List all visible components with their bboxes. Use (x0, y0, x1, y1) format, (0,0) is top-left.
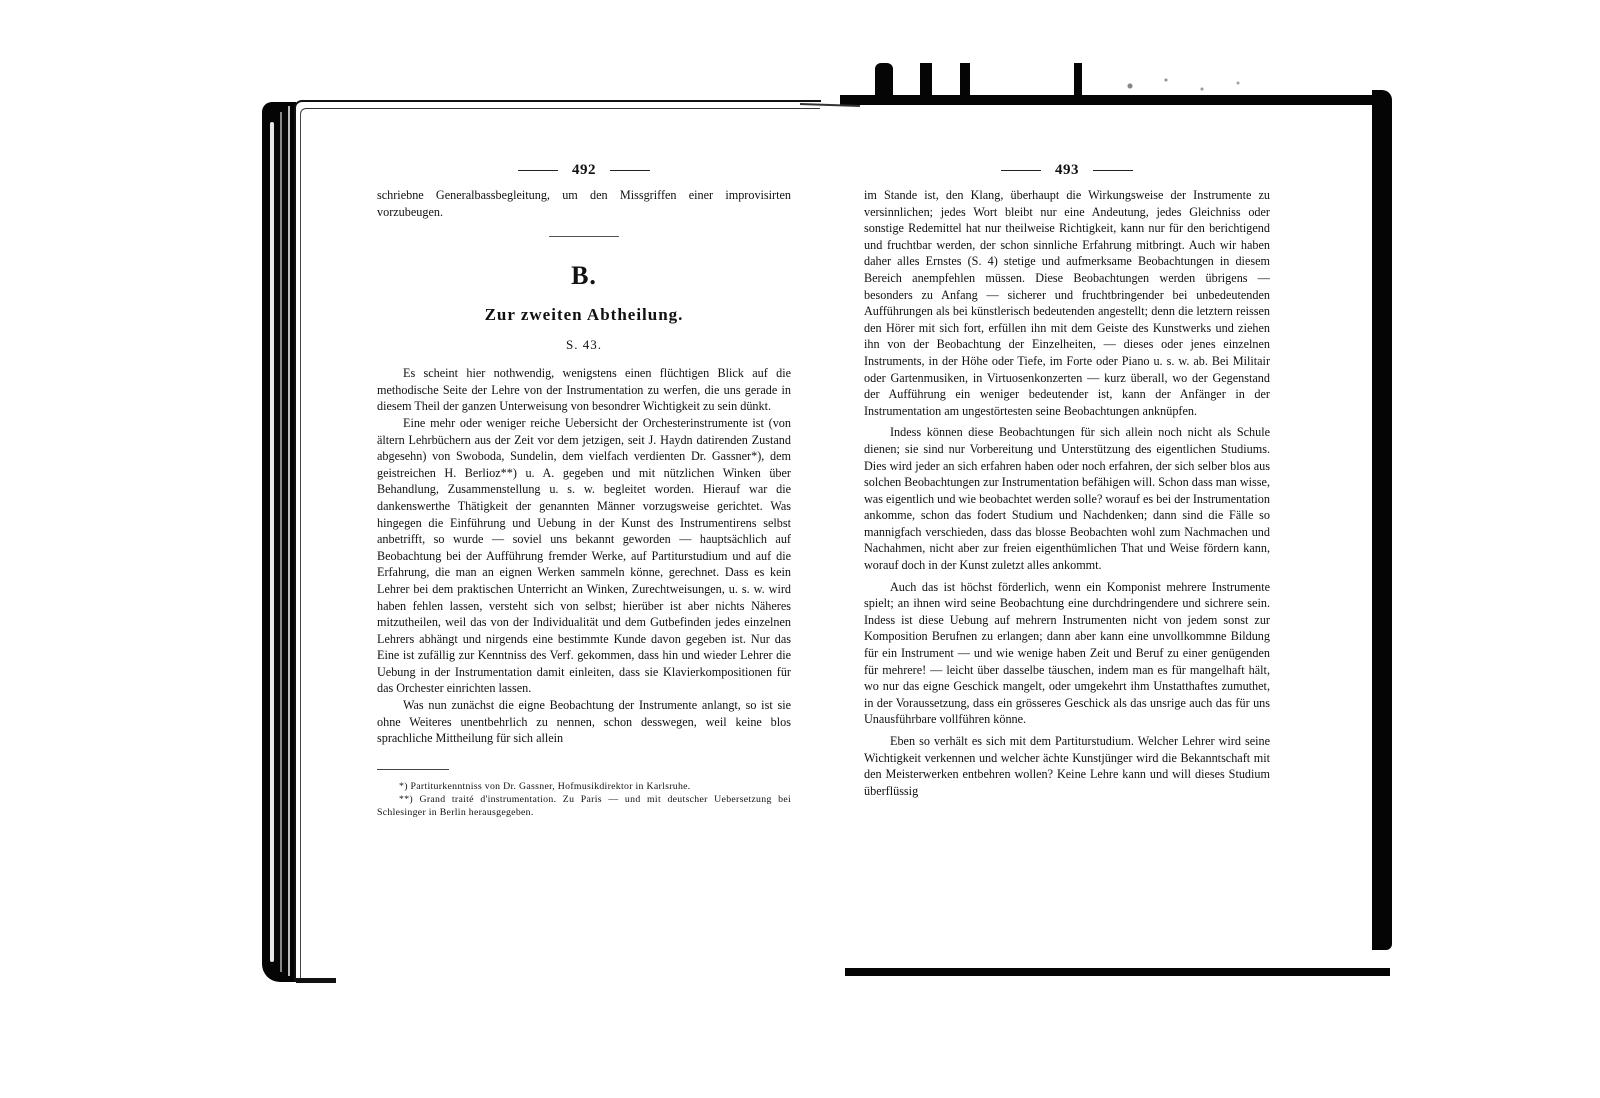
book-spine-left (262, 102, 296, 982)
paragraph: Es scheint hier nothwendig, wenigstens e… (377, 365, 791, 415)
book-tab-marker (875, 63, 893, 99)
dash-rule (610, 170, 650, 171)
section-letter: B. (377, 261, 791, 291)
right-page-top-edge (840, 95, 1390, 105)
left-page: 492 schriebne Generalbassbegleitung, um … (377, 162, 791, 819)
footnotes: *) Partiturkenntniss von Dr. Gassner, Ho… (377, 780, 791, 819)
paragraph: Indess können diese Beobachtungen für si… (864, 424, 1270, 573)
paragraph: Auch das ist höchst förderlich, wenn ein… (864, 579, 1270, 728)
paragraph: Eine mehr oder weniger reiche Uebersicht… (377, 415, 791, 697)
scan-noise (1082, 68, 1322, 98)
paragraph: im Stande ist, den Klang, überhaupt die … (864, 187, 1270, 419)
footnote: **) Grand traité d'instrumentation. Zu P… (377, 793, 791, 819)
paragraph: schriebne Generalbassbegleitung, um den … (377, 187, 791, 220)
section-title: Zur zweiten Abtheilung. (377, 305, 791, 325)
page-number: 492 (377, 162, 791, 179)
page-edge (288, 106, 290, 976)
book-edge-right (1372, 90, 1392, 950)
dash-rule (518, 170, 558, 171)
book-tab-marker (920, 63, 932, 99)
page-number: 493 (864, 162, 1270, 179)
footnote-divider (377, 769, 449, 770)
right-page-bottom-edge (845, 968, 1390, 976)
footnote: *) Partiturkenntniss von Dr. Gassner, Ho… (377, 780, 791, 793)
section-reference: S. 43. (377, 337, 791, 353)
book-tab-marker (1074, 63, 1082, 99)
page-number-text: 492 (572, 162, 596, 178)
body-text: Es scheint hier nothwendig, wenigstens e… (377, 365, 791, 747)
body-text: im Stande ist, den Klang, überhaupt die … (864, 187, 1270, 799)
dash-rule (1001, 170, 1041, 171)
book-tab-marker (960, 63, 970, 99)
section-divider (549, 236, 619, 237)
page-edge (270, 122, 274, 962)
right-page: 493 im Stande ist, den Klang, überhaupt … (864, 162, 1270, 799)
paragraph: Was nun zunächst die eigne Beobachtung d… (377, 697, 791, 747)
page-number-text: 493 (1055, 162, 1079, 178)
paragraph: Eben so verhält es sich mit dem Partitur… (864, 733, 1270, 799)
page-edge (280, 112, 282, 972)
dash-rule (1093, 170, 1133, 171)
left-page-bottom-edge (296, 978, 336, 983)
body-text: schriebne Generalbassbegleitung, um den … (377, 187, 791, 220)
